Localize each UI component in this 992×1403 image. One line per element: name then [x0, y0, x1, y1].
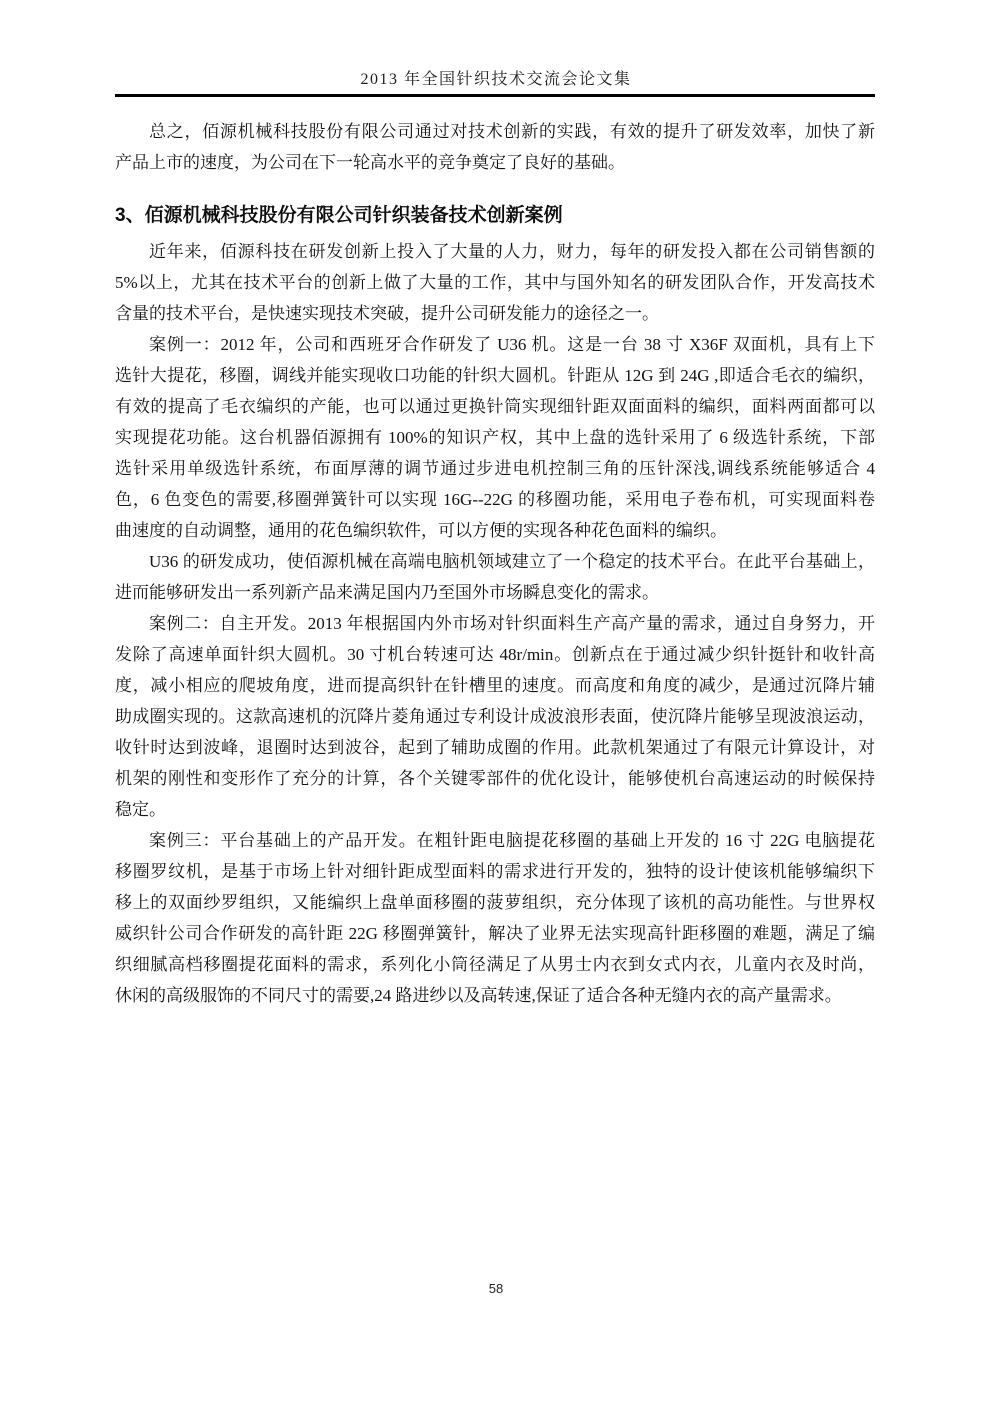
paragraph-line: 移圈罗纹机，是基于市场上针对细针距成型面料的需求进行开发的，独特的设计使该机能够…: [115, 856, 875, 887]
paragraph-line: 色，6 色变色的需要,移圈弹簧针可以实现 16G--22G 的移圈功能，采用电子…: [115, 484, 875, 515]
paragraph-line: 进而能够研发出一系列新产品来满足国内乃至国外市场瞬息变化的需求。: [115, 577, 875, 608]
paragraph-line: 威织针公司合作研发的高针距 22G 移圈弹簧针，解决了业界无法实现高针距移圈的难…: [115, 918, 875, 949]
paragraph: 近年来，佰源科技在研发创新上投入了大量的人力，财力，每年的研发投入都在公司销售额…: [115, 236, 875, 329]
paragraph-line: 总之，佰源机械科技股份有限公司通过对技术创新的实践，有效的提升了研发效率，加快了…: [115, 116, 875, 147]
paragraph: 案例一：2012 年，公司和西班牙合作研发了 U36 机。这是一台 38 寸 X…: [115, 329, 875, 546]
paragraph-line: 移上的双面纱罗组织，又能编织上盘单面移圈的菠萝组织，充分体现了该机的高功能性。与…: [115, 887, 875, 918]
paragraph-line: 有效的提高了毛衣编织的产能，也可以通过更换针筒实现细针距双面面料的编织，面料两面…: [115, 391, 875, 422]
paragraph-line: 产品上市的速度，为公司在下一轮高水平的竞争奠定了良好的基础。: [115, 147, 875, 178]
paragraph-line: 休闲的高级服饰的不同尺寸的需要,24 路进纱以及高转速,保证了适合各种无缝内衣的…: [115, 980, 875, 1011]
paragraph: 案例三：平台基础上的产品开发。在粗针距电脑提花移圈的基础上开发的 16 寸 22…: [115, 825, 875, 1011]
document-content: 总之，佰源机械科技股份有限公司通过对技术创新的实践，有效的提升了研发效率，加快了…: [115, 116, 875, 1011]
paragraph-line: 案例三：平台基础上的产品开发。在粗针距电脑提花移圈的基础上开发的 16 寸 22…: [115, 825, 875, 856]
paragraph-line: U36 的研发成功，使佰源机械在高端电脑机领域建立了一个稳定的技术平台。在此平台…: [115, 546, 875, 577]
paragraph-line: 近年来，佰源科技在研发创新上投入了大量的人力，财力，每年的研发投入都在公司销售额…: [115, 236, 875, 267]
paragraph: U36 的研发成功，使佰源机械在高端电脑机领域建立了一个稳定的技术平台。在此平台…: [115, 546, 875, 608]
document-page: 2013 年全国针织技术交流会论文集 总之，佰源机械科技股份有限公司通过对技术创…: [0, 0, 992, 1403]
page-number: 58: [0, 1281, 992, 1296]
paragraph-line: 选针采用单级选针系统，布面厚薄的调节通过步进电机控制三角的压针深浅,调线系统能够…: [115, 453, 875, 484]
paragraph-line: 助成圈实现的。这款高速机的沉降片菱角通过专利设计成波浪形表面，使沉降片能够呈现波…: [115, 701, 875, 732]
paragraph-line: 机架的刚性和变形作了充分的计算，各个关键零部件的优化设计，能够使机台高速运动的时…: [115, 763, 875, 794]
paragraph-line: 选针大提花，移圈，调线并能实现收口功能的针织大圆机。针距从 12G 到 24G …: [115, 360, 875, 391]
page-header-title: 2013 年全国针织技术交流会论文集: [116, 66, 876, 89]
paragraph-line: 案例二：自主开发。2013 年根据国内外市场对针织面料生产高产量的需求，通过自身…: [115, 608, 875, 639]
paragraph-line: 织细腻高档移圈提花面料的需求，系列化小筒径满足了从男士内衣到女式内衣，儿童内衣及…: [115, 949, 875, 980]
paragraph-line: 含量的技术平台，是快速实现技术突破，提升公司研发能力的途径之一。: [115, 298, 875, 329]
paragraph: 案例二：自主开发。2013 年根据国内外市场对针织面料生产高产量的需求，通过自身…: [115, 608, 875, 825]
paragraph-line: 5%以上，尤其在技术平台的创新上做了大量的工作，其中与国外知名的研发团队合作，开…: [115, 267, 875, 298]
section-heading: 3、佰源机械科技股份有限公司针织装备技术创新案例: [115, 200, 875, 231]
paragraph-line: 曲速度的自动调整，通用的花色编织软件，可以方便的实现各种花色面料的编织。: [115, 515, 875, 546]
paragraph-line: 收针时达到波峰，退圈时达到波谷，起到了辅助成圈的作用。此款机架通过了有限元计算设…: [115, 732, 875, 763]
paragraph: 总之，佰源机械科技股份有限公司通过对技术创新的实践，有效的提升了研发效率，加快了…: [115, 116, 875, 178]
paragraph-line: 稳定。: [115, 794, 875, 825]
paragraph-line: 案例一：2012 年，公司和西班牙合作研发了 U36 机。这是一台 38 寸 X…: [115, 329, 875, 360]
header-rule: [115, 94, 875, 97]
paragraph-line: 实现提花功能。这台机器佰源拥有 100%的知识产权，其中上盘的选针采用了 6 级…: [115, 422, 875, 453]
paragraph-line: 度，减小相应的爬坡角度，进而提高织针在针槽里的速度。而高度和角度的减少，是通过沉…: [115, 670, 875, 701]
paragraph-line: 发除了高速单面针织大圆机。30 寸机台转速可达 48r/min。创新点在于通过减…: [115, 639, 875, 670]
